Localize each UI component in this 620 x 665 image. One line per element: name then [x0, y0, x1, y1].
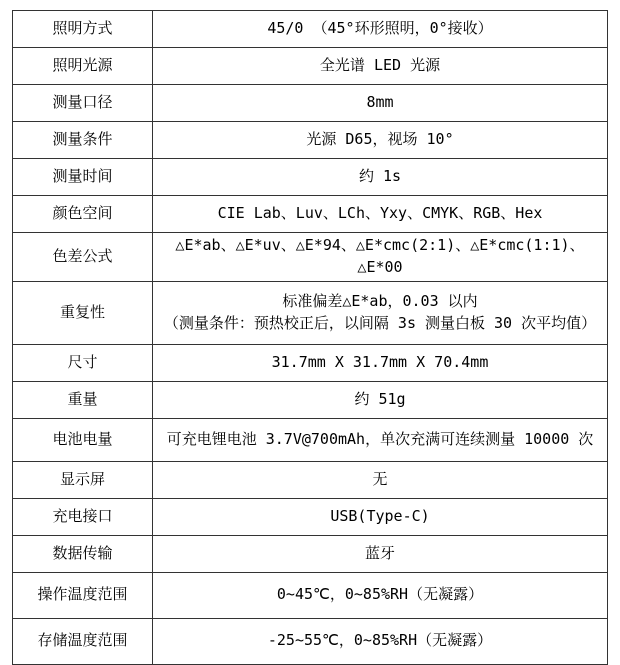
spec-label: 充电接口	[13, 498, 153, 535]
spec-label: 显示屏	[13, 461, 153, 498]
table-row: 测量时间 约 1s	[13, 159, 608, 196]
table-row: 电池电量 可充电锂电池 3.7V@700mAh，单次充满可连续测量 10000 …	[13, 418, 608, 461]
spec-value: 31.7mm X 31.7mm X 70.4mm	[153, 344, 608, 381]
spec-value: △E*ab、△E*uv、△E*94、△E*cmc(2:1)、△E*cmc(1:1…	[153, 233, 608, 282]
spec-value: 蓝牙	[153, 535, 608, 572]
table-row: 颜色空间 CIE Lab、Luv、LCh、Yxy、CMYK、RGB、Hex	[13, 196, 608, 233]
spec-label: 操作温度范围	[13, 572, 153, 618]
spec-label: 重量	[13, 381, 153, 418]
spec-label: 照明光源	[13, 48, 153, 85]
spec-label: 色差公式	[13, 233, 153, 282]
table-row: 照明方式 45/0 （45°环形照明，0°接收）	[13, 11, 608, 48]
table-row: 操作温度范围 0~45℃，0~85%RH（无凝露）	[13, 572, 608, 618]
spec-value: 标准偏差△E*ab，0.03 以内 （测量条件：预热校正后，以间隔 3s 测量白…	[153, 281, 608, 344]
table-row: 重量 约 51g	[13, 381, 608, 418]
table-row: 测量条件 光源 D65，视场 10°	[13, 122, 608, 159]
spec-label: 照明方式	[13, 11, 153, 48]
spec-value: 无	[153, 461, 608, 498]
spec-label: 重复性	[13, 281, 153, 344]
spec-value: 可充电锂电池 3.7V@700mAh，单次充满可连续测量 10000 次	[153, 418, 608, 461]
spec-value: USB(Type-C)	[153, 498, 608, 535]
spec-label: 电池电量	[13, 418, 153, 461]
spec-table: 照明方式 45/0 （45°环形照明，0°接收） 照明光源 全光谱 LED 光源…	[12, 10, 608, 665]
spec-value: 45/0 （45°环形照明，0°接收）	[153, 11, 608, 48]
table-row: 存储温度范围 -25~55℃，0~85%RH（无凝露）	[13, 618, 608, 664]
table-row: 显示屏 无	[13, 461, 608, 498]
table-row: 照明光源 全光谱 LED 光源	[13, 48, 608, 85]
table-row: 色差公式 △E*ab、△E*uv、△E*94、△E*cmc(2:1)、△E*cm…	[13, 233, 608, 282]
spec-label: 颜色空间	[13, 196, 153, 233]
table-row: 重复性 标准偏差△E*ab，0.03 以内 （测量条件：预热校正后，以间隔 3s…	[13, 281, 608, 344]
table-row: 充电接口 USB(Type-C)	[13, 498, 608, 535]
spec-value: CIE Lab、Luv、LCh、Yxy、CMYK、RGB、Hex	[153, 196, 608, 233]
spec-label: 测量条件	[13, 122, 153, 159]
spec-label: 尺寸	[13, 344, 153, 381]
table-row: 数据传输 蓝牙	[13, 535, 608, 572]
spec-value: 8mm	[153, 85, 608, 122]
spec-value: 全光谱 LED 光源	[153, 48, 608, 85]
spec-label: 测量时间	[13, 159, 153, 196]
table-row: 测量口径 8mm	[13, 85, 608, 122]
spec-value: -25~55℃，0~85%RH（无凝露）	[153, 618, 608, 664]
spec-value: 0~45℃，0~85%RH（无凝露）	[153, 572, 608, 618]
spec-label: 数据传输	[13, 535, 153, 572]
spec-value: 约 51g	[153, 381, 608, 418]
spec-label: 存储温度范围	[13, 618, 153, 664]
spec-value: 光源 D65，视场 10°	[153, 122, 608, 159]
spec-table-body: 照明方式 45/0 （45°环形照明，0°接收） 照明光源 全光谱 LED 光源…	[13, 11, 608, 665]
table-row: 尺寸 31.7mm X 31.7mm X 70.4mm	[13, 344, 608, 381]
spec-label: 测量口径	[13, 85, 153, 122]
spec-value: 约 1s	[153, 159, 608, 196]
